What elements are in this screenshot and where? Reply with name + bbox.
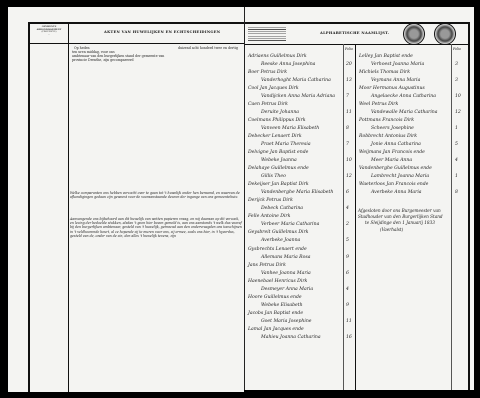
header-divider xyxy=(28,43,244,44)
signature: (Vaerhalst) xyxy=(380,227,403,233)
entry-folio: 3 xyxy=(455,78,458,83)
entry-folio: 1 xyxy=(455,126,458,131)
entry-folio: 4 xyxy=(346,206,349,211)
closing-line-3: te Sleijdinge den 1 Januarij 1833 xyxy=(365,220,435,226)
entry-folio: 9 xyxy=(346,303,349,308)
form-right-fragment: duizend acht honderd twee en dertig xyxy=(178,46,238,50)
entry-bride: Deruite Johanna xyxy=(261,110,299,115)
entry-folio: 8 xyxy=(455,190,458,195)
entry-groom: Moor Hermanus Augustinus xyxy=(359,86,425,91)
entry-folio: 10 xyxy=(346,158,352,163)
corner-box: GEMEENTE ARRONDISSEMENT (PROVINCIE) ... xyxy=(32,26,66,36)
left-border xyxy=(28,22,30,392)
entry-folio: 11 xyxy=(346,110,352,115)
entry-folio: 11 xyxy=(346,319,352,324)
entry-groom: Cool Jan Jacques Dirk xyxy=(248,86,299,91)
entry-bride: Debeck Catharina xyxy=(261,206,303,211)
entry-groom: Geysbreit Guillelmus Dirk xyxy=(248,230,308,235)
entry-bride: Verbeer Maria Catharina xyxy=(261,222,319,227)
entry-groom: Delahaye Guillelmus ende xyxy=(248,166,309,171)
top-border xyxy=(28,22,244,24)
entry-folio: 4 xyxy=(455,158,458,163)
paragraph-2: Aanvangende ons bijbehoord aan dit huwel… xyxy=(70,217,242,238)
entry-bride: Scheers Josephine xyxy=(371,126,414,131)
entry-bride: Vanhee Joanna Maria xyxy=(261,271,311,276)
right-border xyxy=(468,22,470,390)
entry-folio: 4 xyxy=(346,287,349,292)
entry-bride: Webeke Joanna xyxy=(261,158,297,163)
folio-divider-2 xyxy=(451,44,452,390)
entry-folio: 1 xyxy=(455,174,458,179)
entry-folio: 3 xyxy=(455,62,458,67)
entry-groom: Lamal Jan Jacques ende xyxy=(248,327,304,332)
entry-bride: Vanveen Maria Elisabeth xyxy=(261,126,319,131)
entry-groom: Adriaens Guillelmus Dirk xyxy=(248,54,307,59)
top-border xyxy=(245,22,469,24)
entry-groom: Felle Antoine Dirk xyxy=(248,214,290,219)
column-divider xyxy=(355,44,356,390)
entry-folio: 6 xyxy=(346,271,349,276)
entry-bride: Desmeyer Anna Maria xyxy=(261,287,313,292)
entry-bride: Webeke Elisabeth xyxy=(261,303,303,308)
entry-folio: 12 xyxy=(455,110,461,115)
entry-groom: Boer Petrus Dirk xyxy=(248,70,287,75)
entry-folio: 5 xyxy=(455,142,458,147)
entry-bride: Allemans Maria Rosa xyxy=(261,255,310,260)
entry-bride: Mahieu Joanna Catharina xyxy=(261,335,321,340)
lion-seal-icon xyxy=(434,23,456,45)
entry-groom: Pottmans Francois Dirk xyxy=(359,118,414,123)
entry-groom: Debecker Lenaert Dirk xyxy=(248,134,302,139)
entry-bride: Averbeke Joanna xyxy=(261,238,300,243)
right-header-title: Alphabetische Naamlijst. xyxy=(320,31,389,35)
column-divider xyxy=(68,22,69,392)
entry-bride: Veymans Anna Maria xyxy=(371,78,420,83)
entry-folio: 12 xyxy=(346,174,352,179)
corner-line: ... xyxy=(32,34,66,37)
right-page: Alphabetische Naamlijst. Folio Folio Adr… xyxy=(244,7,474,390)
entry-folio: 13 xyxy=(346,78,352,83)
entry-groom: Haenebael Henricus Dirk xyxy=(248,279,307,284)
paragraph-1: Welke comparanten ons hebben verzocht ov… xyxy=(70,191,242,199)
entry-bride: Praet Maria Theresia xyxy=(261,142,311,147)
left-page: GEMEENTE ARRONDISSEMENT (PROVINCIE) ... … xyxy=(8,7,244,392)
entry-folio: 20 xyxy=(346,62,352,67)
folio-header-right: Folio xyxy=(453,47,461,51)
entry-folio: 16 xyxy=(346,335,352,340)
entry-groom: Dekeijser Jan Baptist Dirk xyxy=(248,182,309,187)
entry-bride: Vandijcken Anna Maria Adriana xyxy=(261,94,335,99)
entry-bride: Vandewalle Maria Catharina xyxy=(371,110,438,115)
entry-groom: Michiels Thomas Dirk xyxy=(359,70,410,75)
entry-groom: Coelmans Philippus Dirk xyxy=(248,118,306,123)
entry-groom: Robbrecht Antonius Dirk xyxy=(359,134,417,139)
entry-groom: Waeterloos Jan Francois ende xyxy=(359,182,428,187)
folio-divider-1 xyxy=(343,44,344,390)
entry-bride: Vandenberghe Maria Elisabeth xyxy=(261,190,333,195)
entry-folio: 9 xyxy=(346,255,349,260)
entry-groom: Jans Petrus Dirk xyxy=(248,263,286,268)
entry-groom: Caen Petrus Dirk xyxy=(248,102,288,107)
entry-groom: Lelley Jan Baptist ende xyxy=(359,54,413,59)
entry-bride: Vanderhoght Maria Catharina xyxy=(261,78,331,83)
entry-groom: Hoore Guillelmus ende xyxy=(248,295,302,300)
entry-folio: 5 xyxy=(346,238,349,243)
entry-bride: Reeske Anna Josephina xyxy=(261,62,315,67)
entry-folio: 6 xyxy=(346,190,349,195)
entry-bride: Goet Maria Josephine xyxy=(261,319,312,324)
entry-bride: Gillis Theo xyxy=(261,174,286,179)
entry-bride: Verhoest Joanna Maria xyxy=(371,62,424,67)
corner-box xyxy=(248,27,286,41)
entry-bride: Meer Maria Anna xyxy=(371,158,412,163)
entry-groom: Derijck Petrus Dirk xyxy=(248,198,293,203)
header-divider xyxy=(245,44,469,45)
entry-groom: Gysbrechts Lenaert ende xyxy=(248,247,307,252)
entry-groom: Vandenberghe Guillelmus ende xyxy=(359,166,432,171)
entry-bride: Lambrecht Joanna Maria xyxy=(371,174,429,179)
entry-groom: Weijmans Jan Francois ende xyxy=(359,150,425,155)
entry-folio: 8 xyxy=(346,126,349,131)
form-intro-4: provincie Drenthe, zijn gecompareerd xyxy=(72,58,134,62)
entry-groom: Weel Petrus Dirk xyxy=(359,102,398,107)
folio-header-left: Folio xyxy=(345,47,353,51)
seal-icon xyxy=(403,23,425,45)
entry-folio: 10 xyxy=(455,94,461,99)
entry-bride: Averbeke Anna Maria xyxy=(371,190,422,195)
left-header-title: Akten van Huwelijken en Echtscheidingen xyxy=(104,30,220,34)
entry-folio: 2 xyxy=(346,222,349,227)
entry-bride: Angelaecke Anna Catharina xyxy=(371,94,436,99)
entry-folio: 7 xyxy=(346,94,349,99)
entry-groom: Delvigne Jan Baptist ende xyxy=(248,150,308,155)
entry-bride: Jonie Anna Catharina xyxy=(371,142,421,147)
entry-folio: 7 xyxy=(346,142,349,147)
entry-groom: Jacobs Jan Baptist ende xyxy=(248,311,303,316)
